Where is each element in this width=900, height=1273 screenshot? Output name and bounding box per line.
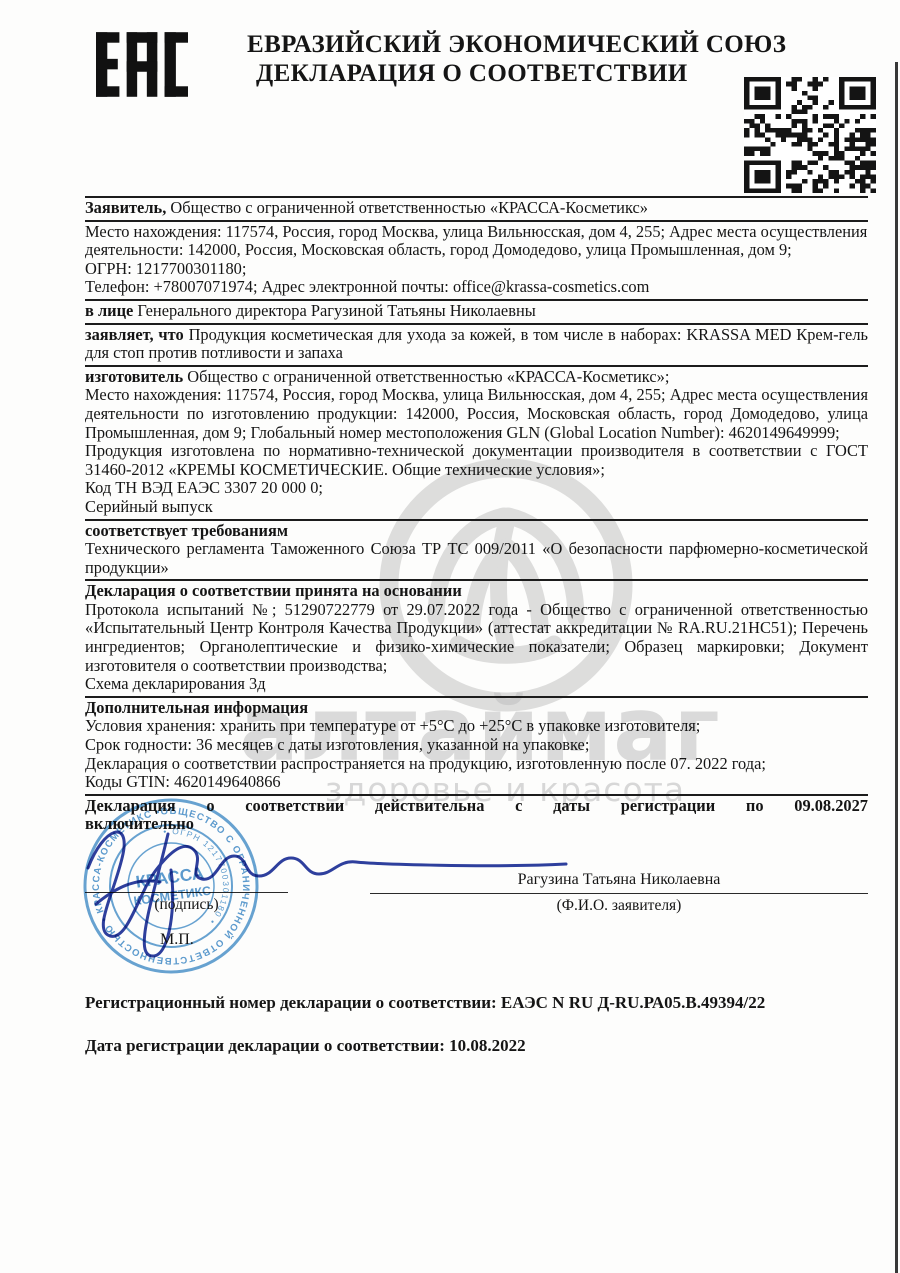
applicant-address: Место нахождения: 117574, Россия, город … xyxy=(85,223,868,260)
manufacturer-label: изготовитель xyxy=(85,367,183,386)
eac-mark-icon xyxy=(96,24,188,105)
seal-place-caption: М.П. xyxy=(160,931,194,949)
title-union: ЕВРАЗИЙСКИЙ ЭКОНОМИЧЕСКИЙ СОЮЗ xyxy=(247,30,807,59)
declares-row: заявляет, что Продукция косметическая дл… xyxy=(85,325,868,367)
conforms-text: Технического регламента Таможенного Союз… xyxy=(85,540,868,577)
applicant-row: Заявитель, Общество с ограниченной ответ… xyxy=(85,196,868,222)
declares-label: заявляет, что xyxy=(85,325,184,344)
manufacturer-name: Общество с ограниченной ответственностью… xyxy=(187,367,669,386)
registration-date-line: Дата регистрации декларации о соответств… xyxy=(85,1036,868,1056)
basis-row: Декларация о соответствии принята на осн… xyxy=(85,581,868,698)
manufacturer-row: изготовитель Общество с ограниченной отв… xyxy=(85,367,868,521)
basis-text: Протокола испытаний №; 51290722779 от 29… xyxy=(85,601,868,675)
handwritten-signature xyxy=(68,806,588,966)
additional-info-label: Дополнительная информация xyxy=(85,699,868,718)
qr-code xyxy=(744,77,876,193)
declaration-document: алтаймаг здоровье и красота ЕВРАЗИЙСКИЙ … xyxy=(0,0,900,1273)
scan-edge-artifact xyxy=(895,62,898,1273)
declaration-body: Заявитель, Общество с ограниченной ответ… xyxy=(85,196,868,836)
declaration-scheme: Схема декларирования 3д xyxy=(85,675,868,694)
manufacturer-address: Место нахождения: 117574, Россия, город … xyxy=(85,386,868,442)
basis-label: Декларация о соответствии принята на осн… xyxy=(85,582,868,601)
release-type: Серийный выпуск xyxy=(85,498,868,517)
conforms-label: соответствует требованиям xyxy=(85,522,868,541)
registration-number-line: Регистрационный номер декларации о соотв… xyxy=(85,993,868,1013)
tn-ved-code: Код ТН ВЭД ЕАЭС 3307 20 000 0; xyxy=(85,479,868,498)
storage-conditions: Условия хранения: хранить при температур… xyxy=(85,717,868,736)
applicant-label: Заявитель, xyxy=(85,198,166,217)
applicant-ogrn: ОГРН: 1217700301180; xyxy=(85,260,868,279)
represented-by-row: в лице Генерального директора Рагузиной … xyxy=(85,301,868,325)
signature-caption: (подпись) xyxy=(85,896,288,914)
applicant-address-row: Место нахождения: 117574, Россия, город … xyxy=(85,222,868,301)
shelf-life: Срок годности: 36 месяцев с даты изготов… xyxy=(85,736,868,755)
conforms-row: соответствует требованиям Технического р… xyxy=(85,521,868,582)
represented-by-name: Генерального директора Рагузиной Татьяны… xyxy=(137,301,535,320)
applicant-contacts: Телефон: +78007071974; Адрес электронной… xyxy=(85,278,868,297)
document-title: ЕВРАЗИЙСКИЙ ЭКОНОМИЧЕСКИЙ СОЮЗ ДЕКЛАРАЦИ… xyxy=(247,30,807,88)
coverage-note: Декларация о соответствии распространяет… xyxy=(85,755,868,774)
production-docs: Продукция изготовлена по нормативно-техн… xyxy=(85,442,868,479)
product-description: Продукция косметическая для ухода за кож… xyxy=(85,325,868,363)
applicant-name: Общество с ограниченной ответственностью… xyxy=(170,198,648,217)
title-declaration: ДЕКЛАРАЦИЯ О СООТВЕТСТВИИ xyxy=(256,59,807,88)
represented-by-label: в лице xyxy=(85,301,133,320)
